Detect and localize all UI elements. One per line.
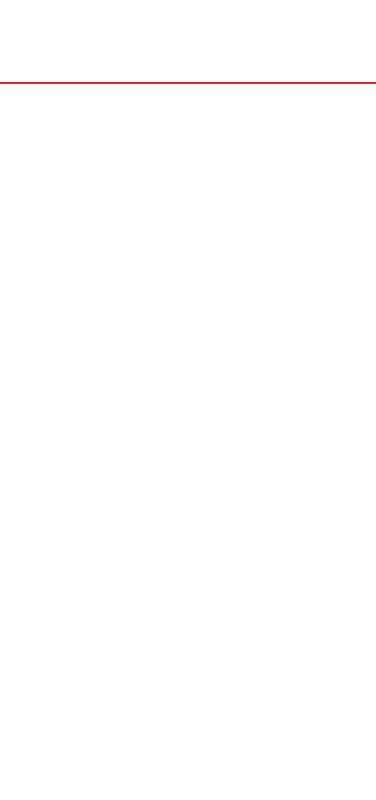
red-divider [0, 82, 376, 84]
